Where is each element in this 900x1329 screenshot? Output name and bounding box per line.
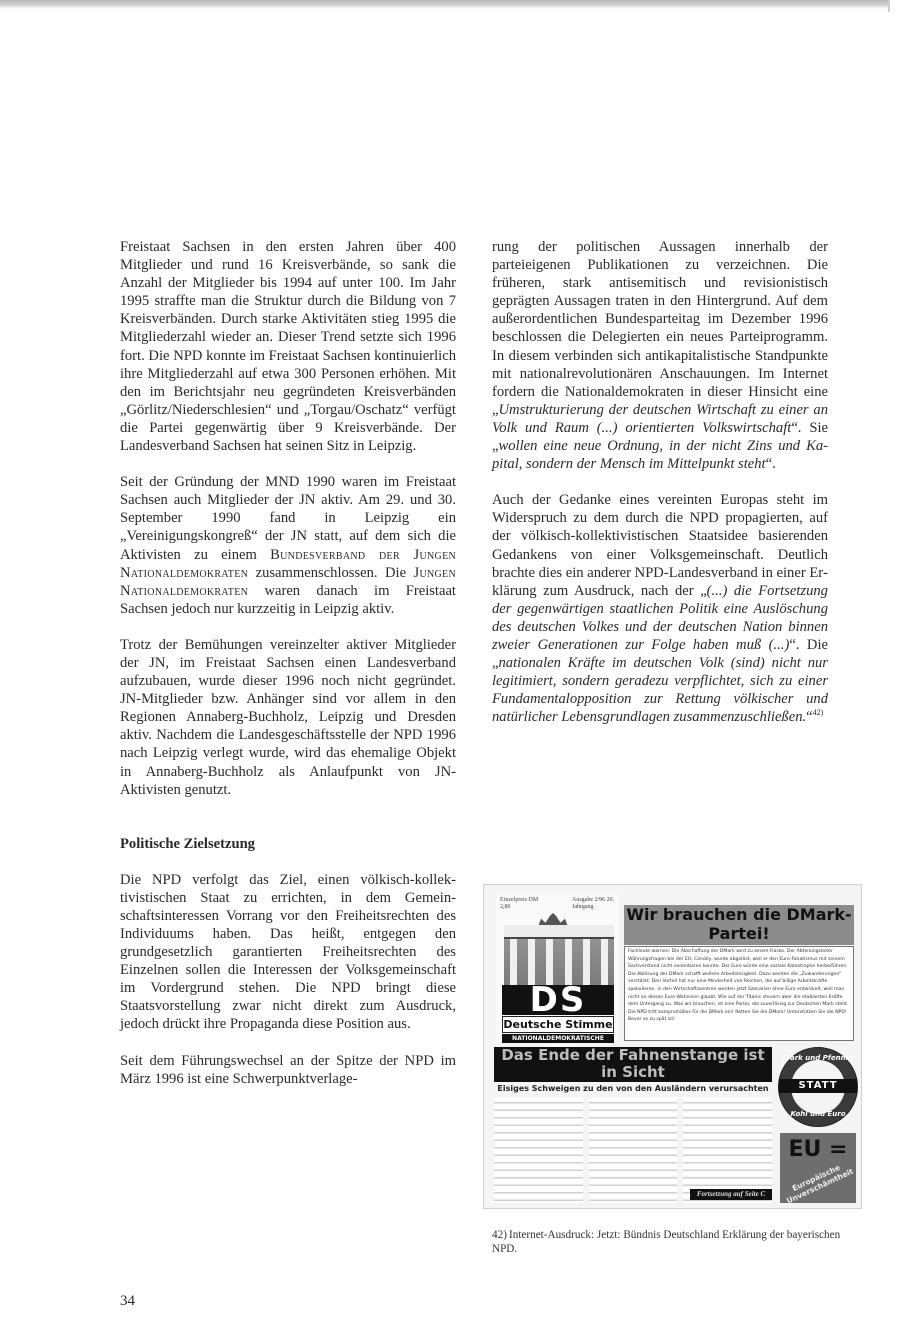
footnote-number: 42)	[492, 1229, 509, 1243]
statt-badge-icon: Mark und Pfennig STATT Kohl und Euro	[778, 1047, 858, 1127]
article-columns	[494, 1097, 772, 1203]
banner-headline: Das Ende der Fahnenstange ist in Sicht	[494, 1047, 772, 1082]
paragraph-leadership-change: Seit dem Führungswechsel an der Spitze d…	[120, 1052, 456, 1088]
caption-text: Internet-Ausdruck: Jetzt: Bündnis Deutsc…	[492, 1229, 840, 1255]
paragraph-membership: Freistaat Sachsen in den ersten Jahren ü…	[120, 238, 456, 455]
paragraph-goals: Die NPD verfolgt das Ziel, einen völkisc…	[120, 871, 456, 1034]
paragraph-europe: Auch der Gedanke eines vereinten Europas…	[492, 491, 828, 726]
article-column	[589, 1097, 678, 1203]
article-column	[494, 1097, 583, 1203]
right-text-column: rung der politischen Aussagen innerhalb …	[492, 238, 828, 744]
price-label: Einzelpreis DM 2,80	[500, 897, 540, 911]
quote: wollen eine neue Ordnung, in der nicht Z…	[492, 438, 828, 472]
section-heading: Politische Zielsetzung	[120, 835, 456, 853]
brandenburg-gate-icon	[504, 925, 614, 987]
eu-sticker: EU = Europäische Unverschämtheit	[780, 1133, 856, 1203]
paragraph-jn-regions: Trotz der Bemühungen vereinzelter aktive…	[120, 636, 456, 799]
ds-logo: DS	[502, 985, 614, 1015]
paragraph-jn-founding: Seit der Gründung der MND 1990 waren im …	[120, 473, 456, 618]
quote: Umstrukturierung der deut­schen Wirtscha…	[492, 402, 828, 436]
continued-label: Fortsetzung auf Seite C	[690, 1189, 772, 1200]
paper-title: Deutsche Stimme	[502, 1016, 614, 1033]
quote: natio­nalen Kräfte im deutschen Volk (si…	[492, 655, 828, 725]
left-text-column: Freistaat Sachsen in den ersten Jahren ü…	[120, 238, 456, 1106]
deutsche-stimme-masthead: Einzelpreis DM 2,80 Ausgabe 2/96 20. Jah…	[496, 893, 618, 1043]
footnote-reference: 42)	[813, 708, 824, 717]
paragraph-program: rung der politischen Aussagen innerhalb …	[492, 238, 828, 473]
scan-edge-shadow	[0, 0, 890, 9]
page-number: 34	[120, 1293, 135, 1310]
newspaper-figure: Einzelpreis DM 2,80 Ausgabe 2/96 20. Jah…	[483, 884, 862, 1209]
headline-article-text: Fachleute warnen: Die Abschaffung der DM…	[624, 946, 854, 1041]
article-column	[683, 1097, 772, 1203]
banner-subheadline: Eisiges Schweigen zu den von den Ausländ…	[494, 1083, 772, 1095]
headline: Wir brauchen die DMark-Partei!	[624, 905, 854, 945]
figure-caption: 42)Internet-Ausdruck: Jetzt: Bündnis Deu…	[492, 1229, 852, 1256]
issue-label: Ausgabe 2/96 20. Jahrgang	[572, 897, 616, 911]
paper-subtitle: NATIONALDEMOKRATISCHE ZEITUNG	[502, 1034, 614, 1043]
